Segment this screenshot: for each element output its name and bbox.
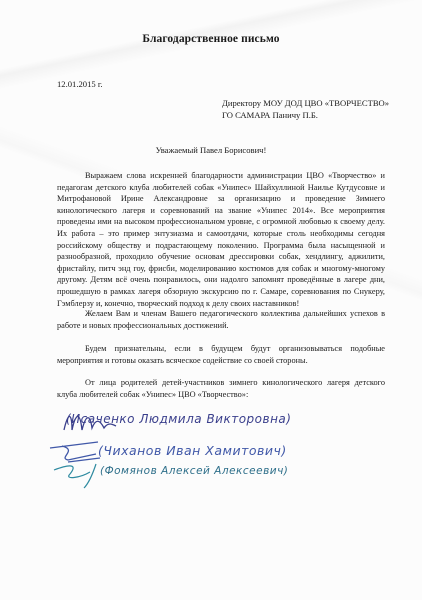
recipient-line-1: Директору МОУ ДОД ЦВО «ТВОРЧЕСТВО» — [222, 98, 389, 110]
recipient-block: Директору МОУ ДОД ЦВО «ТВОРЧЕСТВО» ГО СА… — [222, 98, 389, 121]
paragraph-gratitude: Выражаем слова искренней благодарности а… — [57, 170, 385, 309]
greeting: Уважаемый Павел Борисович! — [0, 145, 422, 155]
recipient-line-2: ГО САМАРА Паничу П.Б. — [222, 110, 389, 122]
signature-2-name: (Чиханов Иван Хамитович) — [98, 443, 287, 458]
paragraph-signatories-intro: От лица родителей детей-участников зимне… — [57, 377, 385, 400]
paragraph-future-events: Будем признательны, если в будущем будут… — [57, 343, 385, 366]
signature-1-name: (Исаченко Людмила Викторовна) — [66, 412, 291, 426]
document-title: Благодарственное письмо — [0, 33, 422, 45]
letter-date: 12.01.2015 г. — [57, 79, 103, 89]
scanned-letter-page: Благодарственное письмо 12.01.2015 г. Ди… — [0, 0, 422, 600]
signature-3-name: (Фомянов Алексей Алексеевич) — [100, 465, 288, 477]
paragraph-wishes: Желаем Вам и членам Вашего педагогическо… — [57, 308, 385, 331]
